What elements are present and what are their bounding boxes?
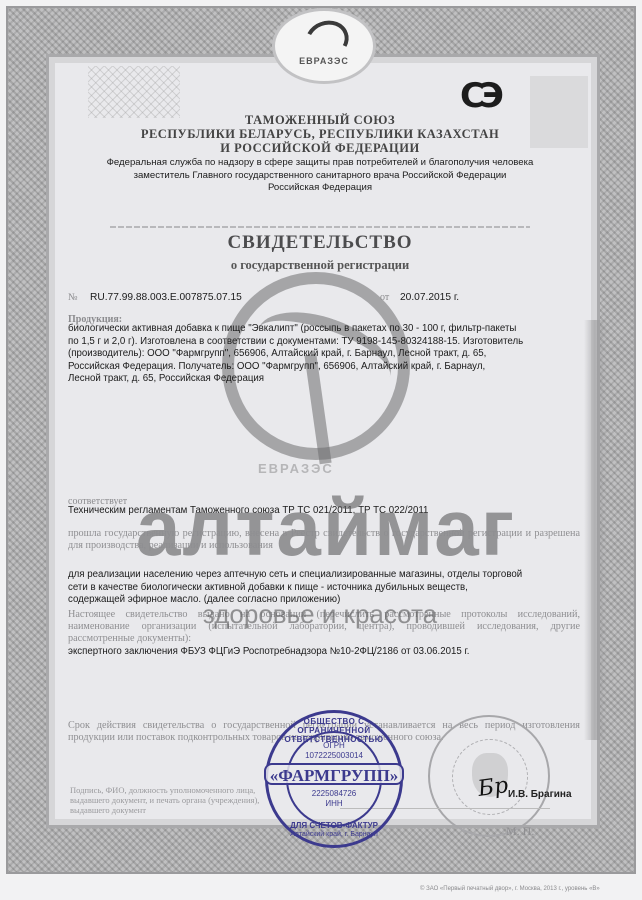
signature-label: Подпись, ФИО, должность уполномоченного … (70, 785, 270, 815)
printer-footer: © ЗАО «Первый печатный двор», г. Москва,… (420, 886, 600, 892)
usage-line: для реализации населению через аптечную … (68, 569, 588, 582)
certificate-number: RU.77.99.88.003.E.007875.07.15 (90, 292, 242, 303)
union-countries-2: И РОССИЙСКОЙ ФЕДЕРАЦИИ (60, 141, 580, 156)
product-line: по 1,5 г и 2,0 г). Изготовлена в соответ… (68, 336, 588, 349)
conformity-mark-icon: СЭ (460, 76, 498, 116)
hint-line (110, 226, 530, 228)
guilloche-pattern (88, 66, 180, 118)
company-stamp: ОБЩЕСТВО С ОГРАНИЧЕННОЙ ОТВЕТСТВЕННОСТЬЮ… (265, 710, 403, 848)
document-title: СВИДЕТЕЛЬСТВО (60, 232, 580, 254)
stamp-address: Алтайский край, г. Барнаул (268, 831, 400, 838)
eurasec-logo: ЕВРАЗЭС (272, 8, 376, 84)
document-subtitle: о государственной регистрации (60, 258, 580, 273)
stamp-ring-bottom: ДЛЯ СЧЕТОВ-ФАКТУР (268, 821, 400, 830)
authority-line: Федеральная служба по надзору в сфере за… (60, 157, 580, 170)
signer-name: И.В. Брагина (508, 789, 572, 800)
authority-line: заместитель Главного государственного са… (60, 170, 580, 183)
stamp-inn: 2225084726 (268, 789, 400, 798)
union-countries: РЕСПУБЛИКИ БЕЛАРУСЬ, РЕСПУБЛИКИ КАЗАХСТА… (60, 127, 580, 142)
product-line: (производитель): ООО "Фармгрупп", 656906… (68, 348, 588, 361)
certificate-date: 20.07.2015 г. (400, 292, 459, 303)
basis-value: экспертного заключения ФБУЗ ФЦГиЭ Роспот… (68, 646, 588, 659)
date-label: от (380, 292, 389, 303)
watermark-emblem-text: ЕВРАЗЭС (258, 461, 334, 476)
product-description: биологически активная добавка к пище "Эв… (68, 323, 588, 386)
stamp-ogrn: 1072225003014 (268, 751, 400, 760)
stamp-company-name: «ФАРМГРУПП» (264, 763, 404, 785)
scan-shadow (584, 320, 606, 740)
union-title: ТАМОЖЕННЫЙ СОЮЗ (60, 113, 580, 128)
signature-mark: Бр (476, 773, 509, 802)
usage-line: сети в качестве биологически активной до… (68, 582, 588, 595)
registration-text: прошла государственную регистрацию, внес… (68, 528, 580, 552)
logo-text: ЕВРАЗЭС (275, 56, 373, 66)
watermark-subtext: здоровье и красота (60, 600, 580, 628)
stamp-inn-label: ИНН (268, 799, 400, 808)
product-line: Лесной тракт, д. 65, Российская Федераци… (68, 373, 588, 386)
product-line: биологически активная добавка к пище "Эв… (68, 323, 588, 336)
issuing-authority: Федеральная служба по надзору в сфере за… (60, 157, 580, 195)
number-label: № (68, 292, 78, 303)
authority-line: Российская Федерация (60, 182, 580, 195)
product-line: Российская Федерация. Получатель: ООО "Ф… (68, 361, 588, 374)
stamp-ogrn-label: ОГРН (268, 741, 400, 750)
seal-place-label: М. П. (506, 824, 534, 839)
